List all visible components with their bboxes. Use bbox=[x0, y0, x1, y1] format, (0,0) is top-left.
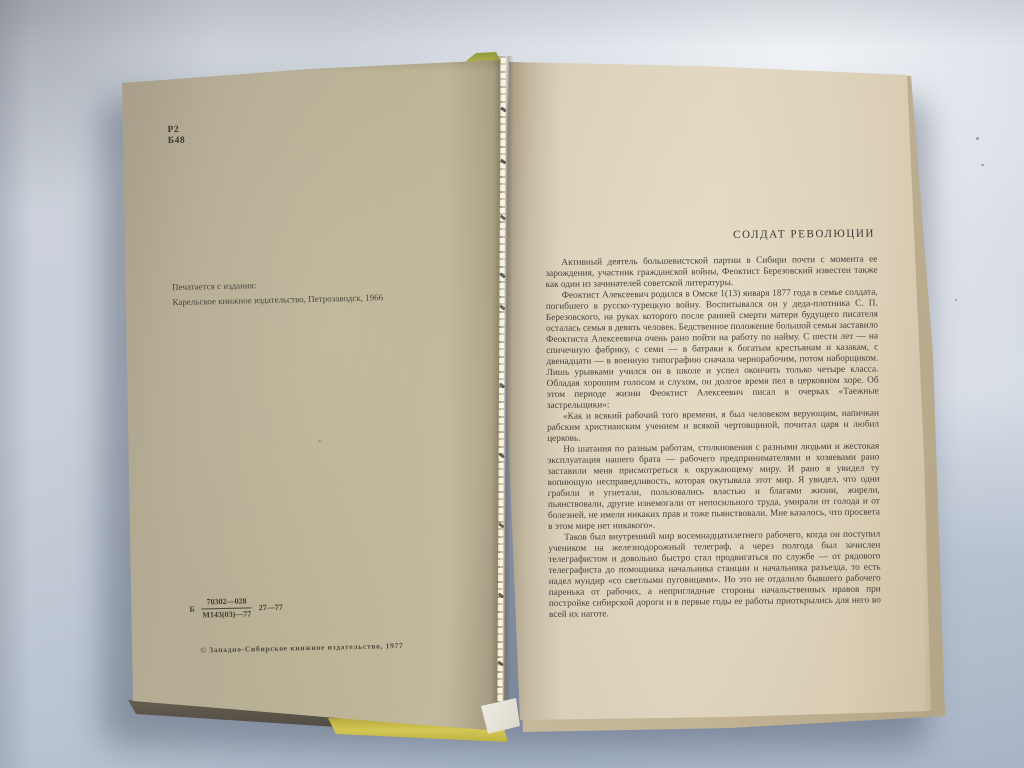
classification-code-line2: Б48 bbox=[168, 136, 186, 147]
stitch-mark bbox=[498, 592, 505, 598]
dust-speck bbox=[955, 299, 957, 301]
body-paragraph: Но шатания по разным работам, столкновен… bbox=[547, 442, 880, 533]
catalog-number: Б 70302—028 М143(03)—77 27—77 bbox=[189, 596, 283, 621]
spine-gutter bbox=[490, 56, 513, 724]
classification-code-line1: Р2 bbox=[167, 125, 185, 136]
copyright-line: © Западно-Сибирское книжное издательство… bbox=[200, 641, 403, 655]
stitch-mark bbox=[500, 158, 507, 164]
body-paragraph: Активный деятель большевистской партии в… bbox=[545, 255, 877, 291]
dust-speck bbox=[318, 440, 321, 442]
body-paragraph: Таков был внутренний мир восемнадцатилет… bbox=[548, 530, 881, 621]
stitch-mark bbox=[499, 304, 506, 310]
stitch-mark bbox=[499, 272, 506, 278]
stitch-mark bbox=[498, 522, 505, 528]
catalog-denominator: М143(03)—77 bbox=[202, 608, 252, 620]
edition-info: Печатается с издания: Карельское книжное… bbox=[172, 275, 383, 309]
stitch-mark bbox=[500, 106, 507, 112]
stitch-mark bbox=[497, 660, 504, 666]
stitch-mark bbox=[498, 452, 505, 458]
catalog-suffix: 27—77 bbox=[259, 603, 283, 613]
catalog-prefix: Б bbox=[189, 605, 194, 614]
stitch-mark bbox=[500, 214, 507, 220]
dust-speck bbox=[976, 137, 979, 140]
right-page-content: СОЛДАТ РЕВОЛЮЦИИ Активный деятель больше… bbox=[545, 228, 881, 621]
dust-speck bbox=[981, 164, 984, 166]
classification-code: Р2 Б48 bbox=[167, 125, 185, 147]
right-page: СОЛДАТ РЕВОЛЮЦИИ Активный деятель больше… bbox=[503, 53, 939, 731]
body-paragraph: «Как и всякий рабочий того времени, я бы… bbox=[547, 409, 879, 445]
chapter-title: СОЛДАТ РЕВОЛЮЦИИ bbox=[545, 228, 875, 243]
left-page-content: Р2 Б48 Печатается с издания: Карельское … bbox=[103, 46, 518, 739]
body-paragraph: Феоктист Алексеевич родился в Омске 1(13… bbox=[546, 288, 879, 412]
catalog-fraction: 70302—028 М143(03)—77 bbox=[201, 596, 252, 620]
stitch-mark bbox=[499, 382, 506, 388]
left-page: Р2 Б48 Печатается с издания: Карельское … bbox=[110, 50, 510, 734]
